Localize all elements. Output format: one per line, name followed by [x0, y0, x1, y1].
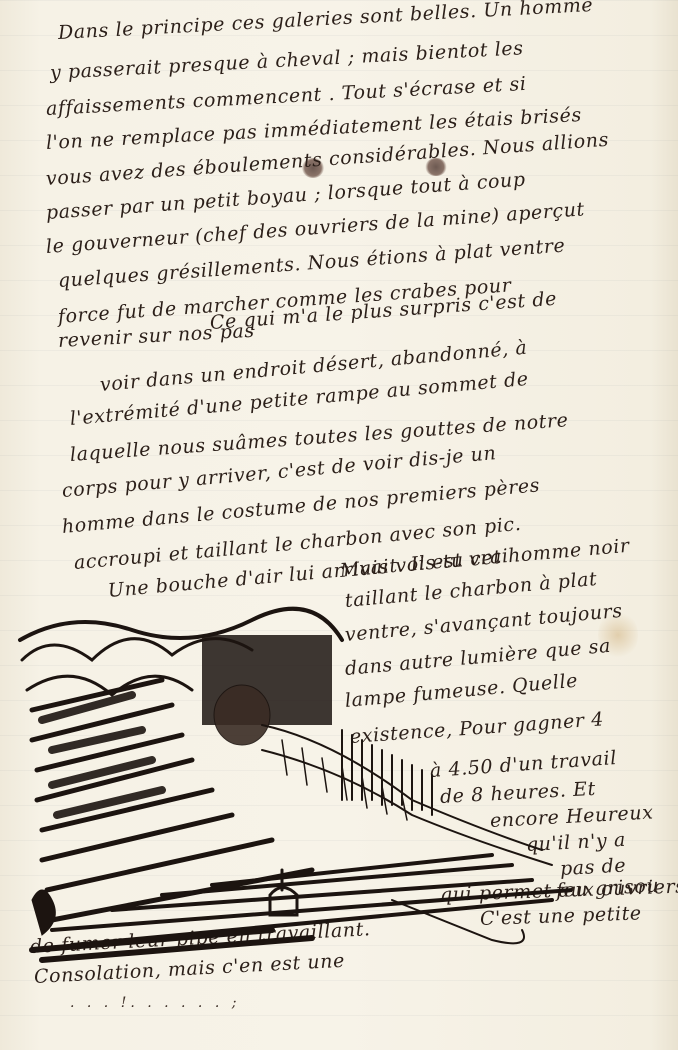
faded-text-remnant: . . . !. . . . . . ; [70, 995, 240, 1011]
manuscript-page: Dans le principe ces galeries sont belle… [0, 0, 678, 1050]
miner-sketch [12, 600, 572, 970]
